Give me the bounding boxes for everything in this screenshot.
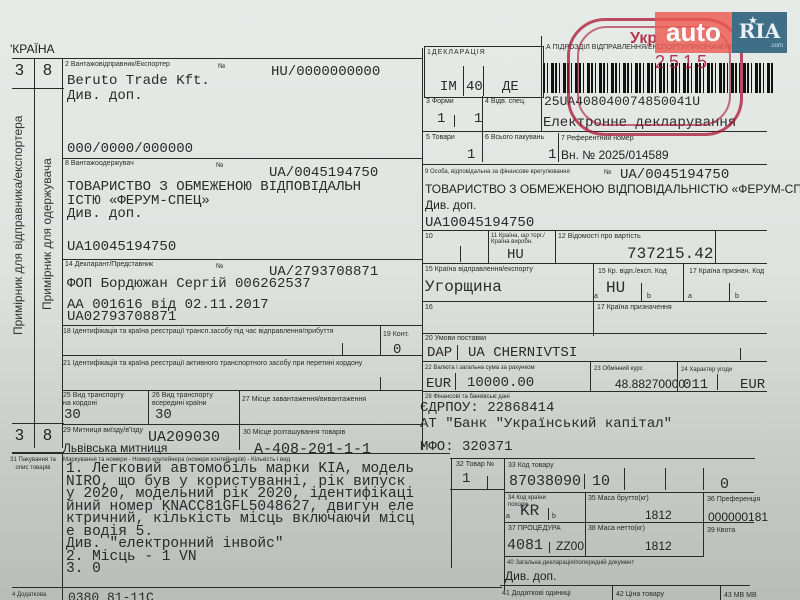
divider [504,556,704,557]
divider [422,391,767,392]
divider [548,508,549,520]
divider [482,96,483,162]
invoice-currency: EUR [426,377,451,392]
star-icon: ★ [748,14,758,27]
invoice-amount: 10000.00 [467,376,534,391]
box9-no-label: № [604,169,612,177]
packages-total: 1 [548,148,556,163]
divider [422,301,767,302]
divider [483,66,484,96]
declarant-name: ФОП Бордюжан Сергій 006262537 [67,277,311,292]
delivery-term: DAP [427,346,452,361]
bank-name: АТ "Банк "Український капітал" [420,417,672,432]
net-mass: 1812 [645,539,672,553]
box9-label: 9 Особа, відповідальна за фінансове врег… [425,168,570,176]
financial-person-number: UA/0045194750 [620,168,729,183]
box34-a-label: a [506,513,510,521]
box15-code-a-label: a [594,293,598,301]
box22-label: 22 Валюта і загальна сума за рахунком [425,364,535,372]
divider [717,374,718,390]
box33-label: 33 Код товару [508,462,553,470]
divider [500,585,750,586]
box4-label: 4 Відв. спец. [485,98,526,106]
divider [455,373,456,390]
divider [12,453,450,454]
divider [457,345,458,360]
procedure-code: 4081 [507,538,543,553]
box1-label: 1ДЕКЛАРАЦІЯ [427,49,486,57]
box27-label: 27 Місце завантаження/вивантаження [242,396,366,404]
box12-label: 12 Відомості про вартість [558,233,641,241]
divider [239,390,240,450]
exporter-code: 000/0000/000000 [67,142,193,157]
divider [62,453,63,600]
divider [683,263,684,301]
goods-count: 1 [467,148,475,163]
bank-mfo: МФО: 320371 [420,440,512,455]
divider [422,164,767,165]
goods-location: А-408-201-1-1 [254,442,371,457]
additional-info: 0380 81-11С [68,590,154,600]
commodity-code-extra: 0 [720,477,729,492]
exchange-rate: 48.88270000 [615,377,685,391]
divider [62,424,422,425]
watermark-auto: auto [655,12,732,53]
copy-number: 8 [43,427,52,445]
commodity-code-sub: 10 [592,474,610,489]
divider [729,283,730,301]
divider [590,361,591,391]
divider [62,325,422,326]
box44-side-label: 4 Додаткова [12,591,46,599]
declaration-type-3: ДЕ [502,80,519,95]
vertical-label-consignee: Примірник для одержувача [40,158,54,310]
divider [62,259,422,260]
divider [504,522,754,523]
box10-label: 10 [425,233,433,241]
stamp-text: Укр [630,30,657,48]
previous-document: Див. доп. [505,569,556,583]
divider [454,115,455,127]
box18-label: 18 Ідентифікація та країна реєстрації тр… [63,328,334,336]
box23-label: 23 Обмінний курс [594,365,643,373]
dispatch-country: Угорщина [425,280,502,295]
procedure-sub: ZZ00 [556,539,584,553]
divider [451,458,452,568]
divider [740,348,741,360]
box21-label: 21 Ідентифікація та країна реєстрації ак… [63,360,362,368]
divider [380,325,381,355]
divider [558,133,559,162]
box40-label: 40 Загальна декларація/попередній докуме… [507,559,634,567]
box19-label: 19 Конт. [383,331,409,339]
box37-label: 37 ПРОЦЕДУРА [508,525,561,533]
box30-label: 30 Місце розташування товарів [243,429,345,437]
box3-label: 3 Форми [426,98,454,106]
origin-country: KR [520,504,539,519]
box2-label: 2 Вантажовідправник/Експортер [65,61,170,69]
financial-person-name: ТОВАРИСТВО З ОБМЕЖЕНОЮ ВІДПОВІДАЛЬНІСТЮ … [425,182,800,196]
divider [703,468,704,490]
divider [450,489,505,490]
exporter-number: HU/0000000000 [271,65,380,80]
transport-border-value: 30 [64,408,81,423]
box31-side-label: 31 Пакування та опис товарів [8,456,58,472]
box8-label: 8 Вантажоодержувач [65,160,134,168]
divider [422,333,767,334]
box41-label: 41 Додаткові одиниці [502,590,571,598]
box17-code-b-label: b [735,293,739,301]
divider [422,361,767,362]
value-details: 737215.42 [627,247,713,262]
transport-inland-value: 30 [155,408,172,423]
box14-no-label: № [216,263,224,271]
vertical-label-exporter: Примірник для відправника/експортера [11,116,25,335]
divider [715,230,716,263]
commodity-code: 87038090 [509,474,581,489]
bank-edrpou: ЄДРПОУ: 22868414 [420,401,554,416]
divider [342,343,343,355]
divider [541,36,542,132]
divider [703,492,704,556]
divider [12,587,502,588]
divider [624,468,625,490]
item-number: 1 [462,472,470,487]
consignee-code: UA10045194750 [67,240,176,255]
box8-no-label: № [216,162,224,170]
divider [62,158,422,159]
divider [12,88,64,89]
goods-description-line: 3. 0 [66,562,101,577]
divider [584,474,585,489]
box16-label: 16 [425,304,433,312]
divider [612,586,613,600]
declaration-type-2: 40 [466,80,483,95]
divider [504,492,754,493]
reference-number: Вн. № 2025/014589 [561,148,669,162]
copy-number: 3 [15,427,24,445]
box43-label: 43 МВ МВ [724,592,757,600]
divider [12,58,64,59]
copy-number: 3 [15,62,24,80]
divider [148,390,149,424]
divider [62,355,422,356]
divider [677,361,678,391]
box20-label: 20 Умови поставки [425,335,486,343]
financial-person-code: UA10045194750 [425,216,534,231]
divider [380,377,381,391]
box2-no-label: № [218,63,226,71]
box32-label: 32 Товар № [456,461,494,469]
financial-person-note: Див. доп. [425,198,476,212]
box26-label: 26 Вид транспорту всередині країни [152,392,237,408]
exporter-name: Beruto Trade Kft. [67,74,210,89]
stamp-digits: 2515 [655,52,711,73]
box29-label: 29 Митниця виїзду/в'їзду [63,427,143,435]
trade-country: HU [507,248,524,263]
delivery-place: UA CHERNIVTSI [468,346,577,361]
box15-label: 15 Країна відправлення/експорту [425,266,533,274]
country-header: 'КРАЇНА [10,42,55,56]
box39-label: 39 Квота [707,527,735,535]
divider [62,58,422,59]
divider [34,58,35,448]
box15-code-label: 15 Кр. відп./експ. Код [598,268,667,276]
box15-code-b-label: b [647,293,651,301]
box35-label: 35 Маса брутто(кг) [588,495,649,503]
divider [463,66,464,96]
dispatch-country-code: HU [606,281,625,296]
customs-declaration: 'КРАЇНА 3 8 Примірник для відправника/ек… [0,0,800,600]
divider [555,230,556,263]
gross-mass: 1812 [645,508,672,522]
consignee-note: Див. доп. [67,207,143,222]
box5-label: 5 Товари [426,134,455,142]
copy-number: 8 [43,62,52,80]
box25-label: 25 Вид транспорту на кордоні [63,392,133,408]
divider [549,542,550,553]
declarant-code: UA02793708871 [67,310,176,325]
box17-label: 17 Країна призначення [597,304,672,312]
exporter-note: Див. доп. [67,89,143,104]
box11-label: 11 Країна, що торг./ Країна виробн. [491,233,553,245]
box42-label: 42 Ціна товару [616,591,664,599]
box17-code-a-label: a [688,293,692,301]
divider [585,492,586,556]
divider [460,246,461,262]
declaration-type-1: IM [440,80,457,95]
box7-label: 7 Референтний номер [561,135,634,143]
divider [62,390,422,391]
box36-label: 36 Преференція [707,496,760,504]
divider [487,476,488,489]
watermark-domain: .com [770,43,783,49]
box38-label: 38 Маса нетто(кг) [588,525,645,533]
divider [665,468,666,490]
forms-value-1: 1 [437,112,445,127]
divider [488,230,489,263]
box24-label: 24 Характер угоди [681,366,732,374]
divider [422,263,767,264]
box17-code-label: 17 Країна признач. Код [689,268,764,276]
divider [720,586,721,600]
divider [641,283,642,301]
divider [422,48,423,450]
box34-b-label: b [552,513,556,521]
box6-label: 6 Всього пакувань [485,134,544,142]
divider [12,423,64,424]
divider [450,458,755,459]
box14-label: 14 Декларант/Представник [65,261,153,269]
